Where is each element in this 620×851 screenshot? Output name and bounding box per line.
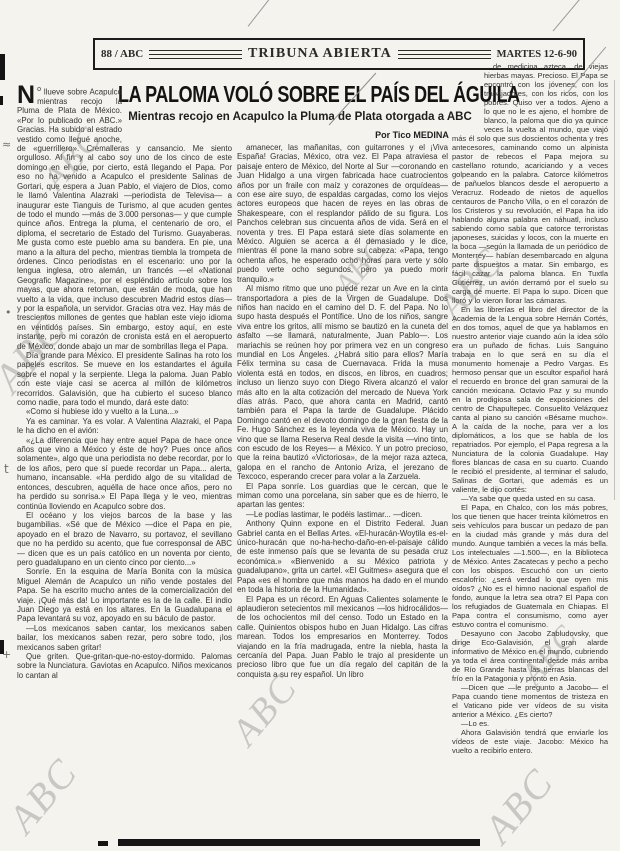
paragraph: —Ya sabe que queda usted en su casa. (452, 494, 608, 503)
paragraph: Ahora Galavisión tendrá que enviarle los… (452, 728, 608, 755)
paragraph: El Papa, en Chalco, con los más pobres, … (452, 503, 608, 629)
paragraph: El Papa es un récord. En Aguas Calientes… (237, 595, 448, 680)
margin-mark: • (5, 306, 12, 319)
scan-scratch (248, 0, 270, 27)
headline-spacer (122, 85, 232, 135)
headline-spacer-right (452, 62, 484, 134)
margin-mark: + (2, 648, 11, 661)
newspaper-page: 88 / ABC TRIBUNA ABIERTA MARTES 12-6-90 … (0, 0, 620, 851)
paragraph: Desayuno con Jacobo Zabludovsky, que dir… (452, 629, 608, 683)
paragraph: Día grande para México. El presidente Sa… (17, 351, 232, 407)
paragraph: —Lo es. (452, 719, 608, 728)
dropcap: N (17, 85, 37, 105)
left-paragraphs: Día grande para México. El presidente Sa… (17, 351, 232, 680)
paragraph: amanecer, las mañanitas, con guitarrones… (237, 143, 448, 284)
paragraph: —Dicen que —le pregunto a Jacobo— el Pap… (452, 683, 608, 719)
print-mark (0, 54, 5, 80)
section-title: TRIBUNA ABIERTA (248, 46, 392, 62)
print-mark (0, 96, 3, 105)
paragraph: En las librerías el libro del director d… (452, 305, 608, 494)
paragraph: «Como si hubiese ido y vuelto a la Luna.… (17, 407, 232, 416)
paragraph: El océano y los viejos barcos de la base… (17, 511, 232, 567)
paragraph: Que griten. Que-gritan-que-no-estoy-dorm… (17, 652, 232, 680)
paragraph: —Los mexicanos saben cantar, los mexican… (17, 624, 232, 652)
paragraph: Ya es caminar. Ya es volar. A Valentina … (17, 417, 232, 436)
page-number: 88 / ABC (101, 48, 143, 60)
paragraph: Sonríe. En la esquina de María Bonita co… (17, 567, 232, 623)
margin-mark: t (4, 462, 9, 476)
right-paragraphs: de medicina azteca, de viejas hierbas ma… (452, 62, 608, 755)
header-rule-left (149, 50, 242, 59)
column-left: No llueve sobre Acapulco mientras recojo… (17, 85, 232, 838)
issue-date: MARTES 12-6-90 (497, 49, 577, 60)
print-mark (98, 841, 108, 846)
paragraph: Al mismo ritmo que uno puede rezar un Av… (237, 284, 448, 482)
scan-edge-line (614, 80, 615, 500)
paragraph: «¿La diferencia que hay entre aquel Papa… (17, 436, 232, 511)
scan-scratch (553, 0, 581, 31)
column-right: de medicina azteca, de viejas hierbas ma… (452, 62, 608, 843)
header-rule-right (398, 50, 491, 59)
bottom-rule-bar (118, 839, 480, 846)
paragraph: Anthony Quinn expone en el Distrito Fede… (237, 519, 448, 594)
paragraph: El Papa sonríe. Los guardias que le cerc… (237, 482, 448, 510)
paragraph: —Le podías lastimar, le podéis lastimar.… (237, 510, 448, 519)
middle-paragraphs: amanecer, las mañanitas, con guitarrones… (237, 143, 448, 679)
margin-mark: ≈ (2, 138, 11, 151)
column-middle: amanecer, las mañanitas, con guitarrones… (237, 143, 448, 845)
